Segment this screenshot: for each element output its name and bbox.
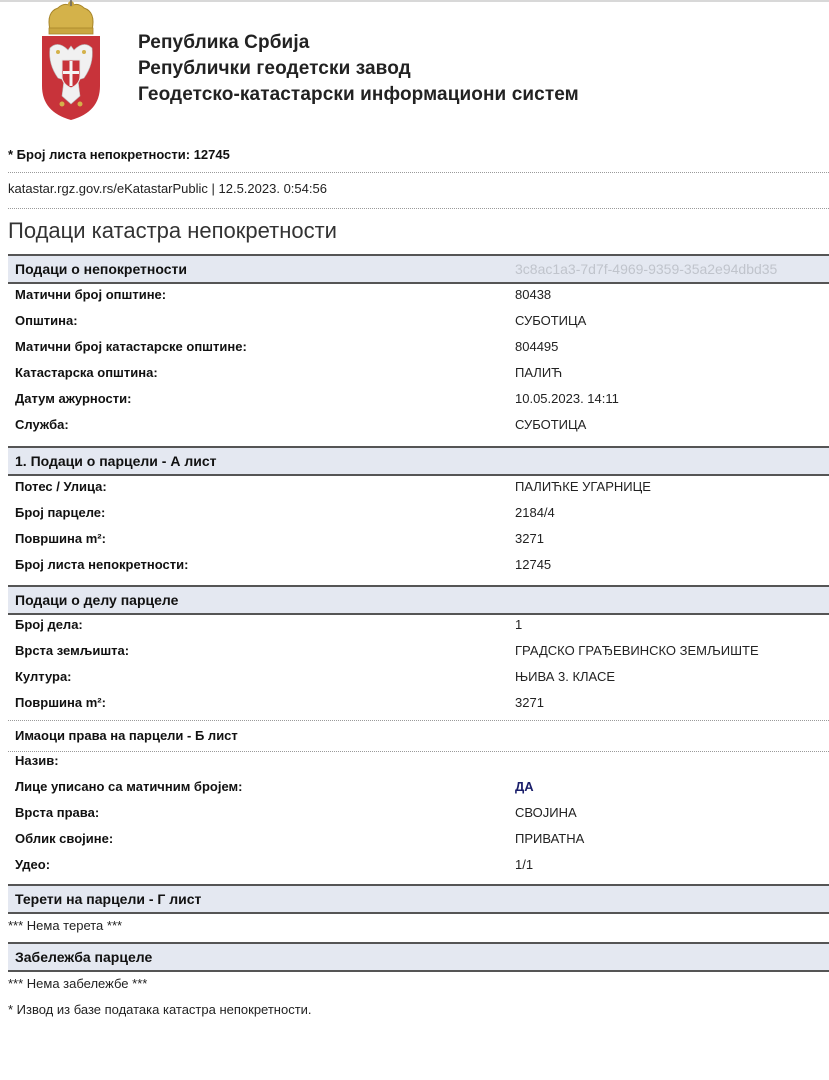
section-title: Подаци о непокретности <box>15 261 187 277</box>
row-value: 3271 <box>515 526 544 552</box>
row-label: Облик својине: <box>15 826 113 852</box>
section-title: Подаци о делу парцеле <box>15 592 178 608</box>
row-value: 1 <box>515 612 522 638</box>
serbian-coat-of-arms-icon <box>38 0 104 122</box>
row-value: ГРАДСКО ГРАЂЕВИНСКО ЗЕМЉИШТЕ <box>515 638 759 664</box>
section-title: 1. Подаци о парцели - А лист <box>15 453 216 469</box>
table-row: Потес / Улица:ПАЛИЋКЕ УГАРНИЦЕ <box>8 474 829 500</box>
section-title: Забележба парцеле <box>15 949 152 965</box>
table-row: Површина m²:3271 <box>8 526 829 552</box>
table-row: Врста земљишта:ГРАДСКО ГРАЂЕВИНСКО ЗЕМЉИ… <box>8 638 829 664</box>
header-line-system: Геодетско-катастарски информациони систе… <box>138 82 579 108</box>
document-header: Република Србија Републички геодетски за… <box>0 0 829 130</box>
row-value: 2184/4 <box>515 500 555 526</box>
table-row: Назив: <box>8 748 829 774</box>
section-header-property: Подаци о непокретности 3c8ac1a3-7d7f-496… <box>8 254 829 284</box>
row-label: Општина: <box>15 308 78 334</box>
row-value: 3271 <box>515 690 544 716</box>
section-header-parcel: 1. Подаци о парцели - А лист <box>8 446 829 476</box>
row-value: 10.05.2023. 14:11 <box>515 386 619 412</box>
section-title: Терети на парцели - Г лист <box>15 891 201 907</box>
row-value: СУБОТИЦА <box>515 308 586 334</box>
section-header-rights-holders: Имаоци права на парцели - Б лист <box>15 723 238 749</box>
table-row: Катастарска општина:ПАЛИЋ <box>8 360 829 386</box>
table-row: Лице уписано са матичним бројем:ДА <box>8 774 829 800</box>
row-label: Матични број општине: <box>15 282 166 308</box>
table-row: Датум ажурности:10.05.2023. 14:11 <box>8 386 829 412</box>
table-row: Површина m²:3271 <box>8 690 829 716</box>
header-line-agency: Републички геодетски завод <box>138 56 579 82</box>
table-row: Матични број општине:80438 <box>8 282 829 308</box>
row-label: Број листа непокретности: <box>15 552 188 578</box>
footer-note: * Извод из базе података катастра непокр… <box>8 1002 312 1017</box>
row-label: Површина m²: <box>15 526 106 552</box>
encumbrances-note: *** Нема терета *** <box>8 918 122 933</box>
row-label: Служба: <box>15 412 69 438</box>
row-value: ЊИВА 3. КЛАСЕ <box>515 664 615 690</box>
row-value: ПАЛИЋКЕ УГАРНИЦЕ <box>515 474 651 500</box>
section-header-remarks: Забележба парцеле <box>8 942 829 972</box>
row-label: Површина m²: <box>15 690 106 716</box>
table-row: Служба:СУБОТИЦА <box>8 412 829 438</box>
table-row: Врста права:СВОЈИНА <box>8 800 829 826</box>
row-label: Врста земљишта: <box>15 638 129 664</box>
page-title: Подаци катастра непокретности <box>8 218 337 244</box>
dotted-divider <box>8 172 829 173</box>
row-label: Врста права: <box>15 800 99 826</box>
table-row: Облик својине:ПРИВАТНА <box>8 826 829 852</box>
table-row: Матични број катастарске општине:804495 <box>8 334 829 360</box>
table-row: Удео:1/1 <box>8 852 829 878</box>
row-value: 12745 <box>515 552 551 578</box>
row-label: Број дела: <box>15 612 83 638</box>
row-value: ПРИВАТНА <box>515 826 584 852</box>
source-url-timestamp: katastar.rgz.gov.rs/eKatastarPublic | 12… <box>8 181 327 196</box>
section-header-encumbrances: Терети на парцели - Г лист <box>8 884 829 914</box>
section-header-parcel-part: Подаци о делу парцеле <box>8 585 829 615</box>
row-value: 80438 <box>515 282 551 308</box>
row-label: Потес / Улица: <box>15 474 107 500</box>
row-label: Матични број катастарске општине: <box>15 334 247 360</box>
property-uid: 3c8ac1a3-7d7f-4969-9359-35a2e94dbd35 <box>515 256 777 282</box>
row-value: 804495 <box>515 334 558 360</box>
dotted-divider <box>8 720 829 721</box>
row-value-registered-id: ДА <box>515 774 534 800</box>
remarks-note: *** Нема забележбе *** <box>8 976 147 991</box>
row-value: СУБОТИЦА <box>515 412 586 438</box>
row-value: СВОЈИНА <box>515 800 577 826</box>
row-label: Број парцеле: <box>15 500 105 526</box>
row-label: Катастарска општина: <box>15 360 158 386</box>
table-row: Општина:СУБОТИЦА <box>8 308 829 334</box>
row-label: Удео: <box>15 852 50 878</box>
table-row: Култура:ЊИВА 3. КЛАСЕ <box>8 664 829 690</box>
row-label: Лице уписано са матичним бројем: <box>15 774 242 800</box>
sheet-number: * Број листа непокретности: 12745 <box>8 147 230 162</box>
row-value: 1/1 <box>515 852 533 878</box>
table-row: Број дела:1 <box>8 612 829 638</box>
row-label: Датум ажурности: <box>15 386 131 412</box>
row-value: ПАЛИЋ <box>515 360 562 386</box>
header-line-country: Република Србија <box>138 30 579 56</box>
dotted-divider <box>8 208 829 209</box>
row-label: Назив: <box>15 748 59 774</box>
table-row: Број листа непокретности:12745 <box>8 552 829 578</box>
row-label: Култура: <box>15 664 72 690</box>
table-row: Број парцеле:2184/4 <box>8 500 829 526</box>
